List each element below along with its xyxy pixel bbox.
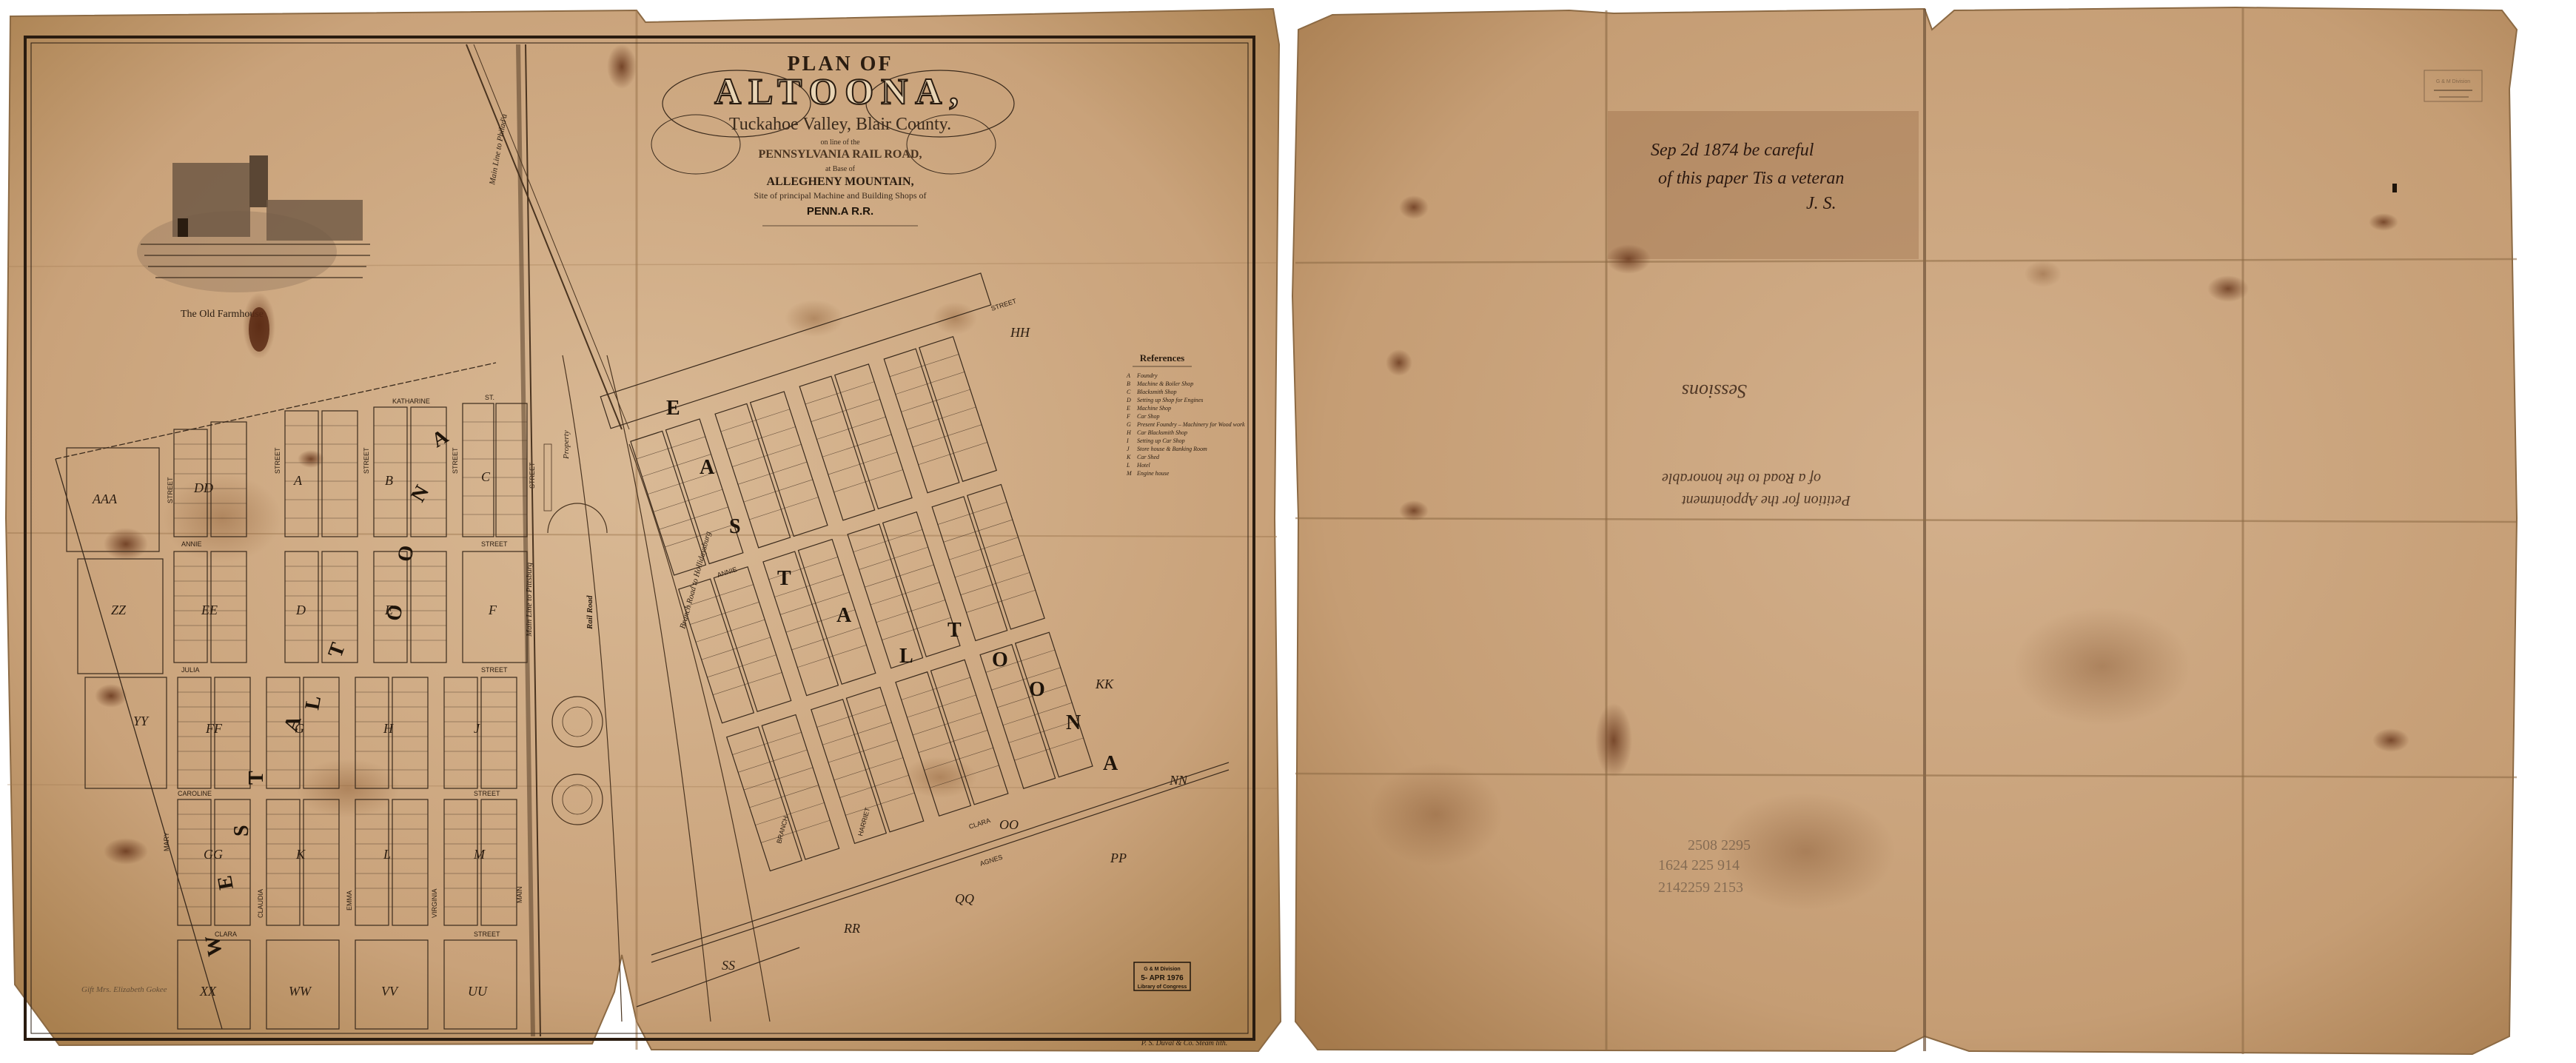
title-line-6: at Base of xyxy=(825,165,856,173)
svg-text:C: C xyxy=(481,469,491,484)
svg-text:L: L xyxy=(1126,462,1130,469)
svg-text:F: F xyxy=(1126,413,1130,420)
svg-text:OO: OO xyxy=(999,817,1019,832)
svg-text:A: A xyxy=(836,604,852,627)
svg-text:AAA: AAA xyxy=(92,492,118,506)
lithographer-credit: P. S. Duval & Co. Steam lith. xyxy=(1141,1039,1227,1047)
map-back-sheet: Sep 2d 1874 be careful of this paper Tis… xyxy=(1288,0,2576,1063)
svg-text:M: M xyxy=(473,847,486,862)
title-line-4: on line of the xyxy=(820,138,860,147)
svg-text:KK: KK xyxy=(1095,677,1114,691)
svg-text:UU: UU xyxy=(468,984,488,999)
svg-text:B: B xyxy=(385,473,393,488)
svg-text:Petition for the Appointment: Petition for the Appointment xyxy=(1682,492,1851,509)
title-line-3: Tuckahoe Valley, Blair County. xyxy=(729,115,951,134)
svg-text:of a Road to the honorable: of a Road to the honorable xyxy=(1662,470,1821,486)
svg-text:2508 2295: 2508 2295 xyxy=(1688,837,1751,854)
svg-text:D: D xyxy=(1126,397,1131,403)
svg-text:STREET: STREET xyxy=(481,540,508,548)
svg-text:B: B xyxy=(1127,380,1130,387)
svg-text:C: C xyxy=(1127,389,1131,395)
svg-text:GG: GG xyxy=(204,847,223,862)
svg-text:S: S xyxy=(230,825,253,836)
svg-text:Present Foundry – Machinery fo: Present Foundry – Machinery for Wood wor… xyxy=(1136,421,1245,428)
svg-text:WW: WW xyxy=(289,984,312,999)
street-emma: EMMA xyxy=(346,891,353,911)
svg-text:5- APR 1976: 5- APR 1976 xyxy=(1141,974,1184,982)
svg-text:A: A xyxy=(1126,372,1130,379)
title-line-8: Site of principal Machine and Building S… xyxy=(754,190,927,201)
svg-text:STREET: STREET xyxy=(474,790,500,797)
svg-text:T: T xyxy=(947,619,962,642)
svg-text:of this paper Tis a veteran: of this paper Tis a veteran xyxy=(1658,169,1844,188)
title-line-2: ALTOONA, xyxy=(714,70,966,112)
svg-text:Sessions: Sessions xyxy=(1682,380,1747,402)
svg-text:Engine house: Engine house xyxy=(1136,470,1170,477)
svg-text:L: L xyxy=(383,847,391,862)
svg-text:H: H xyxy=(383,721,394,736)
svg-text:M: M xyxy=(1126,470,1133,477)
street-katharine: KATHARINE xyxy=(392,398,430,405)
svg-text:EE: EE xyxy=(201,603,218,617)
svg-text:ST.: ST. xyxy=(485,394,494,401)
svg-text:VV: VV xyxy=(381,984,399,999)
svg-text:STREET: STREET xyxy=(274,447,281,474)
svg-text:J. S.: J. S. xyxy=(1806,194,1837,213)
references-heading: References xyxy=(1140,352,1184,363)
svg-text:HH: HH xyxy=(1010,325,1030,340)
svg-text:S: S xyxy=(729,515,741,538)
svg-text:DD: DD xyxy=(193,480,213,495)
svg-text:A: A xyxy=(293,473,303,488)
svg-text:K: K xyxy=(295,847,306,862)
svg-text:G: G xyxy=(1127,421,1131,428)
svg-text:I: I xyxy=(1126,437,1129,444)
street-caroline: CAROLINE xyxy=(178,790,212,797)
svg-text:Machine & Boiler Shop: Machine & Boiler Shop xyxy=(1136,380,1193,387)
svg-text:Hotel: Hotel xyxy=(1136,462,1151,469)
svg-text:ZZ: ZZ xyxy=(111,603,127,617)
svg-text:STREET: STREET xyxy=(363,447,370,474)
svg-text:PP: PP xyxy=(1110,851,1127,865)
street-annie: ANNIE xyxy=(181,540,202,548)
street-main: MAIN xyxy=(516,887,523,904)
svg-text:D: D xyxy=(295,603,306,617)
label-rail-road: Rail Road xyxy=(586,595,594,630)
svg-text:YY: YY xyxy=(133,714,150,728)
svg-text:A: A xyxy=(1103,752,1118,775)
svg-text:A: A xyxy=(700,456,715,479)
svg-text:FF: FF xyxy=(205,721,223,736)
svg-text:STREET: STREET xyxy=(481,666,508,674)
street-mary: MARY xyxy=(163,832,170,851)
svg-text:Blacksmith Shop: Blacksmith Shop xyxy=(1137,389,1177,395)
svg-text:E: E xyxy=(1126,405,1130,412)
svg-text:N: N xyxy=(1066,711,1081,734)
title-line-9: PENN.A R.R. xyxy=(807,205,873,218)
svg-text:O: O xyxy=(1029,678,1045,701)
gift-note: Gift Mrs. Elizabeth Gokee xyxy=(81,985,167,994)
svg-text:STREET: STREET xyxy=(167,477,174,503)
svg-text:Car Shed: Car Shed xyxy=(1137,454,1160,460)
svg-text:K: K xyxy=(1126,454,1131,460)
svg-text:L: L xyxy=(899,645,913,668)
svg-text:Setting up Car Shop: Setting up Car Shop xyxy=(1137,437,1185,444)
svg-text:Foundry: Foundry xyxy=(1136,372,1158,379)
svg-text:RR: RR xyxy=(843,921,860,936)
map-front-sheet: PLAN OF ALTOONA, Tuckahoe Valley, Blair … xyxy=(0,0,1288,1063)
svg-text:G & M Division: G & M Division xyxy=(2436,79,2470,84)
street-virginia: VIRGINIA xyxy=(431,888,438,918)
svg-text:W: W xyxy=(201,933,227,958)
svg-text:E: E xyxy=(666,397,680,420)
svg-text:XX: XX xyxy=(199,984,217,999)
street-claudia: CLAUDIA xyxy=(257,889,264,918)
svg-text:Store house & Banking Room: Store house & Banking Room xyxy=(1137,446,1207,452)
svg-text:F: F xyxy=(488,603,497,617)
svg-text:STREET: STREET xyxy=(452,447,459,474)
svg-text:Sep 2d 1874 be careful: Sep 2d 1874 be careful xyxy=(1651,141,1814,160)
svg-text:SS: SS xyxy=(722,958,735,973)
svg-text:1624 225 914: 1624 225 914 xyxy=(1658,857,1740,873)
label-main-line-pittsburg: Main Line to Pittsburg xyxy=(525,562,534,637)
svg-text:Setting up Shop for Engines: Setting up Shop for Engines xyxy=(1137,397,1203,403)
ink-mark xyxy=(2392,184,2397,192)
svg-text:Machine Shop: Machine Shop xyxy=(1136,405,1171,412)
svg-text:O: O xyxy=(992,648,1008,671)
title-line-5: PENNSYLVANIA RAIL ROAD, xyxy=(759,148,922,161)
svg-text:2142259 2153: 2142259 2153 xyxy=(1658,879,1743,896)
svg-text:Library of Congress: Library of Congress xyxy=(1138,985,1187,990)
svg-text:J: J xyxy=(474,721,480,736)
svg-text:G & M Division: G & M Division xyxy=(1144,967,1180,972)
svg-text:T: T xyxy=(245,771,268,785)
svg-text:J: J xyxy=(1127,446,1130,452)
svg-text:T: T xyxy=(777,567,791,590)
svg-text:QQ: QQ xyxy=(955,891,974,906)
svg-text:Car Shop: Car Shop xyxy=(1137,413,1159,420)
label-property: Property xyxy=(562,430,571,460)
svg-text:STREET: STREET xyxy=(474,930,500,938)
svg-text:NN: NN xyxy=(1169,773,1188,788)
title-line-7: ALLEGHENY MOUNTAIN, xyxy=(766,175,913,188)
svg-text:Car Blacksmith Shop: Car Blacksmith Shop xyxy=(1137,429,1187,436)
street-julia: JULIA xyxy=(181,666,200,674)
